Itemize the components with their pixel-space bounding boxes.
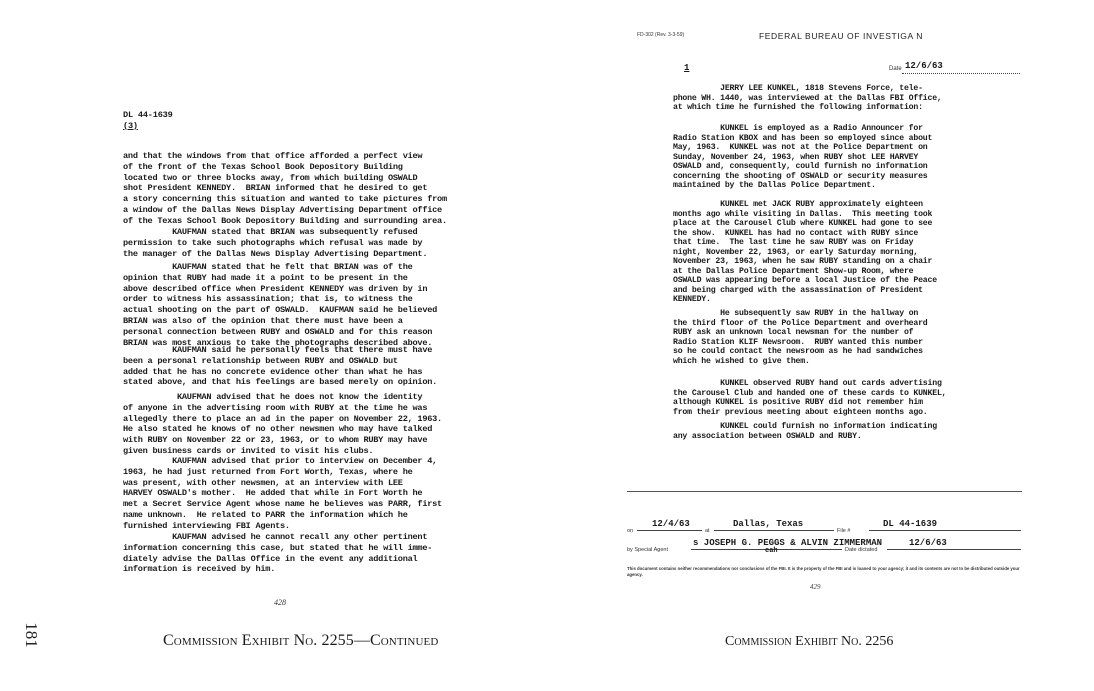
interview-location: Dallas, Texas bbox=[733, 519, 803, 529]
file-number: DL 44-1639 bbox=[883, 519, 937, 529]
paragraph: KAUFMAN advised he cannot recall any oth… bbox=[123, 532, 432, 575]
handwritten-mark: 428 bbox=[274, 598, 286, 607]
handwritten-mark: 429 bbox=[810, 583, 821, 591]
file-number: DL 44-1639 bbox=[123, 110, 503, 121]
exhibit-caption: Commission Exhibit No. 2255—Continued bbox=[163, 632, 438, 650]
paragraph: KAUFMAN advised that he does not know th… bbox=[123, 392, 442, 457]
field-underline bbox=[887, 549, 1021, 550]
dictated-label: Date dictated bbox=[845, 547, 877, 553]
typist-initials: eah bbox=[765, 547, 778, 555]
field-underline bbox=[637, 530, 702, 531]
paragraph: KUNKEL met JACK RUBY approximately eight… bbox=[673, 200, 937, 305]
paragraph: and that the windows from that office af… bbox=[123, 151, 447, 227]
agency-title: FEDERAL BUREAU OF INVESTIGA N bbox=[759, 31, 923, 41]
right-document-page: FD-302 (Rev. 3-3-59) FEDERAL BUREAU OF I… bbox=[547, 0, 1094, 691]
divider bbox=[627, 491, 1022, 492]
date-underline bbox=[902, 73, 1020, 74]
paragraph: JERRY LEE KUNKEL, 1818 Stevens Force, te… bbox=[673, 84, 942, 113]
date-value: 12/6/63 bbox=[905, 61, 943, 71]
dictated-date: 12/6/63 bbox=[909, 538, 947, 548]
paragraph: KAUFMAN stated that he felt that BRIAN w… bbox=[123, 262, 437, 348]
paragraph: KUNKEL observed RUBY hand out cards adve… bbox=[673, 379, 946, 417]
on-label: on bbox=[627, 528, 633, 534]
field-underline bbox=[869, 530, 1021, 531]
interview-date: 12/4/63 bbox=[652, 519, 690, 529]
paragraph: He subsequently saw RUBY in the hallway … bbox=[673, 309, 928, 366]
page-number: 181 bbox=[21, 622, 41, 648]
left-document-page: DL 44-1639 (3) and that the windows from… bbox=[0, 0, 547, 691]
form-number: FD-302 (Rev. 3-3-59) bbox=[637, 32, 684, 38]
at-label: at bbox=[705, 528, 710, 534]
field-underline bbox=[714, 530, 834, 531]
paragraph: KUNKEL is employed as a Radio Announcer … bbox=[673, 124, 932, 191]
page-reference: (3) bbox=[123, 121, 503, 132]
paragraph: KUNKEL could furnish no information indi… bbox=[673, 422, 937, 441]
paragraph: KAUFMAN said he personally feels that th… bbox=[123, 345, 437, 388]
item-number: 1 bbox=[684, 63, 689, 73]
disclaimer: This document contains neither recommend… bbox=[627, 566, 1022, 578]
exhibit-caption: Commission Exhibit No. 2256 bbox=[725, 634, 893, 650]
date-label: Date bbox=[889, 66, 902, 72]
agent-label: by Special Agent bbox=[627, 547, 668, 553]
paragraph: KAUFMAN advised that prior to interview … bbox=[123, 456, 442, 532]
paragraph: KAUFMAN stated that BRIAN was subsequent… bbox=[123, 227, 427, 259]
file-label: File # bbox=[837, 528, 850, 534]
